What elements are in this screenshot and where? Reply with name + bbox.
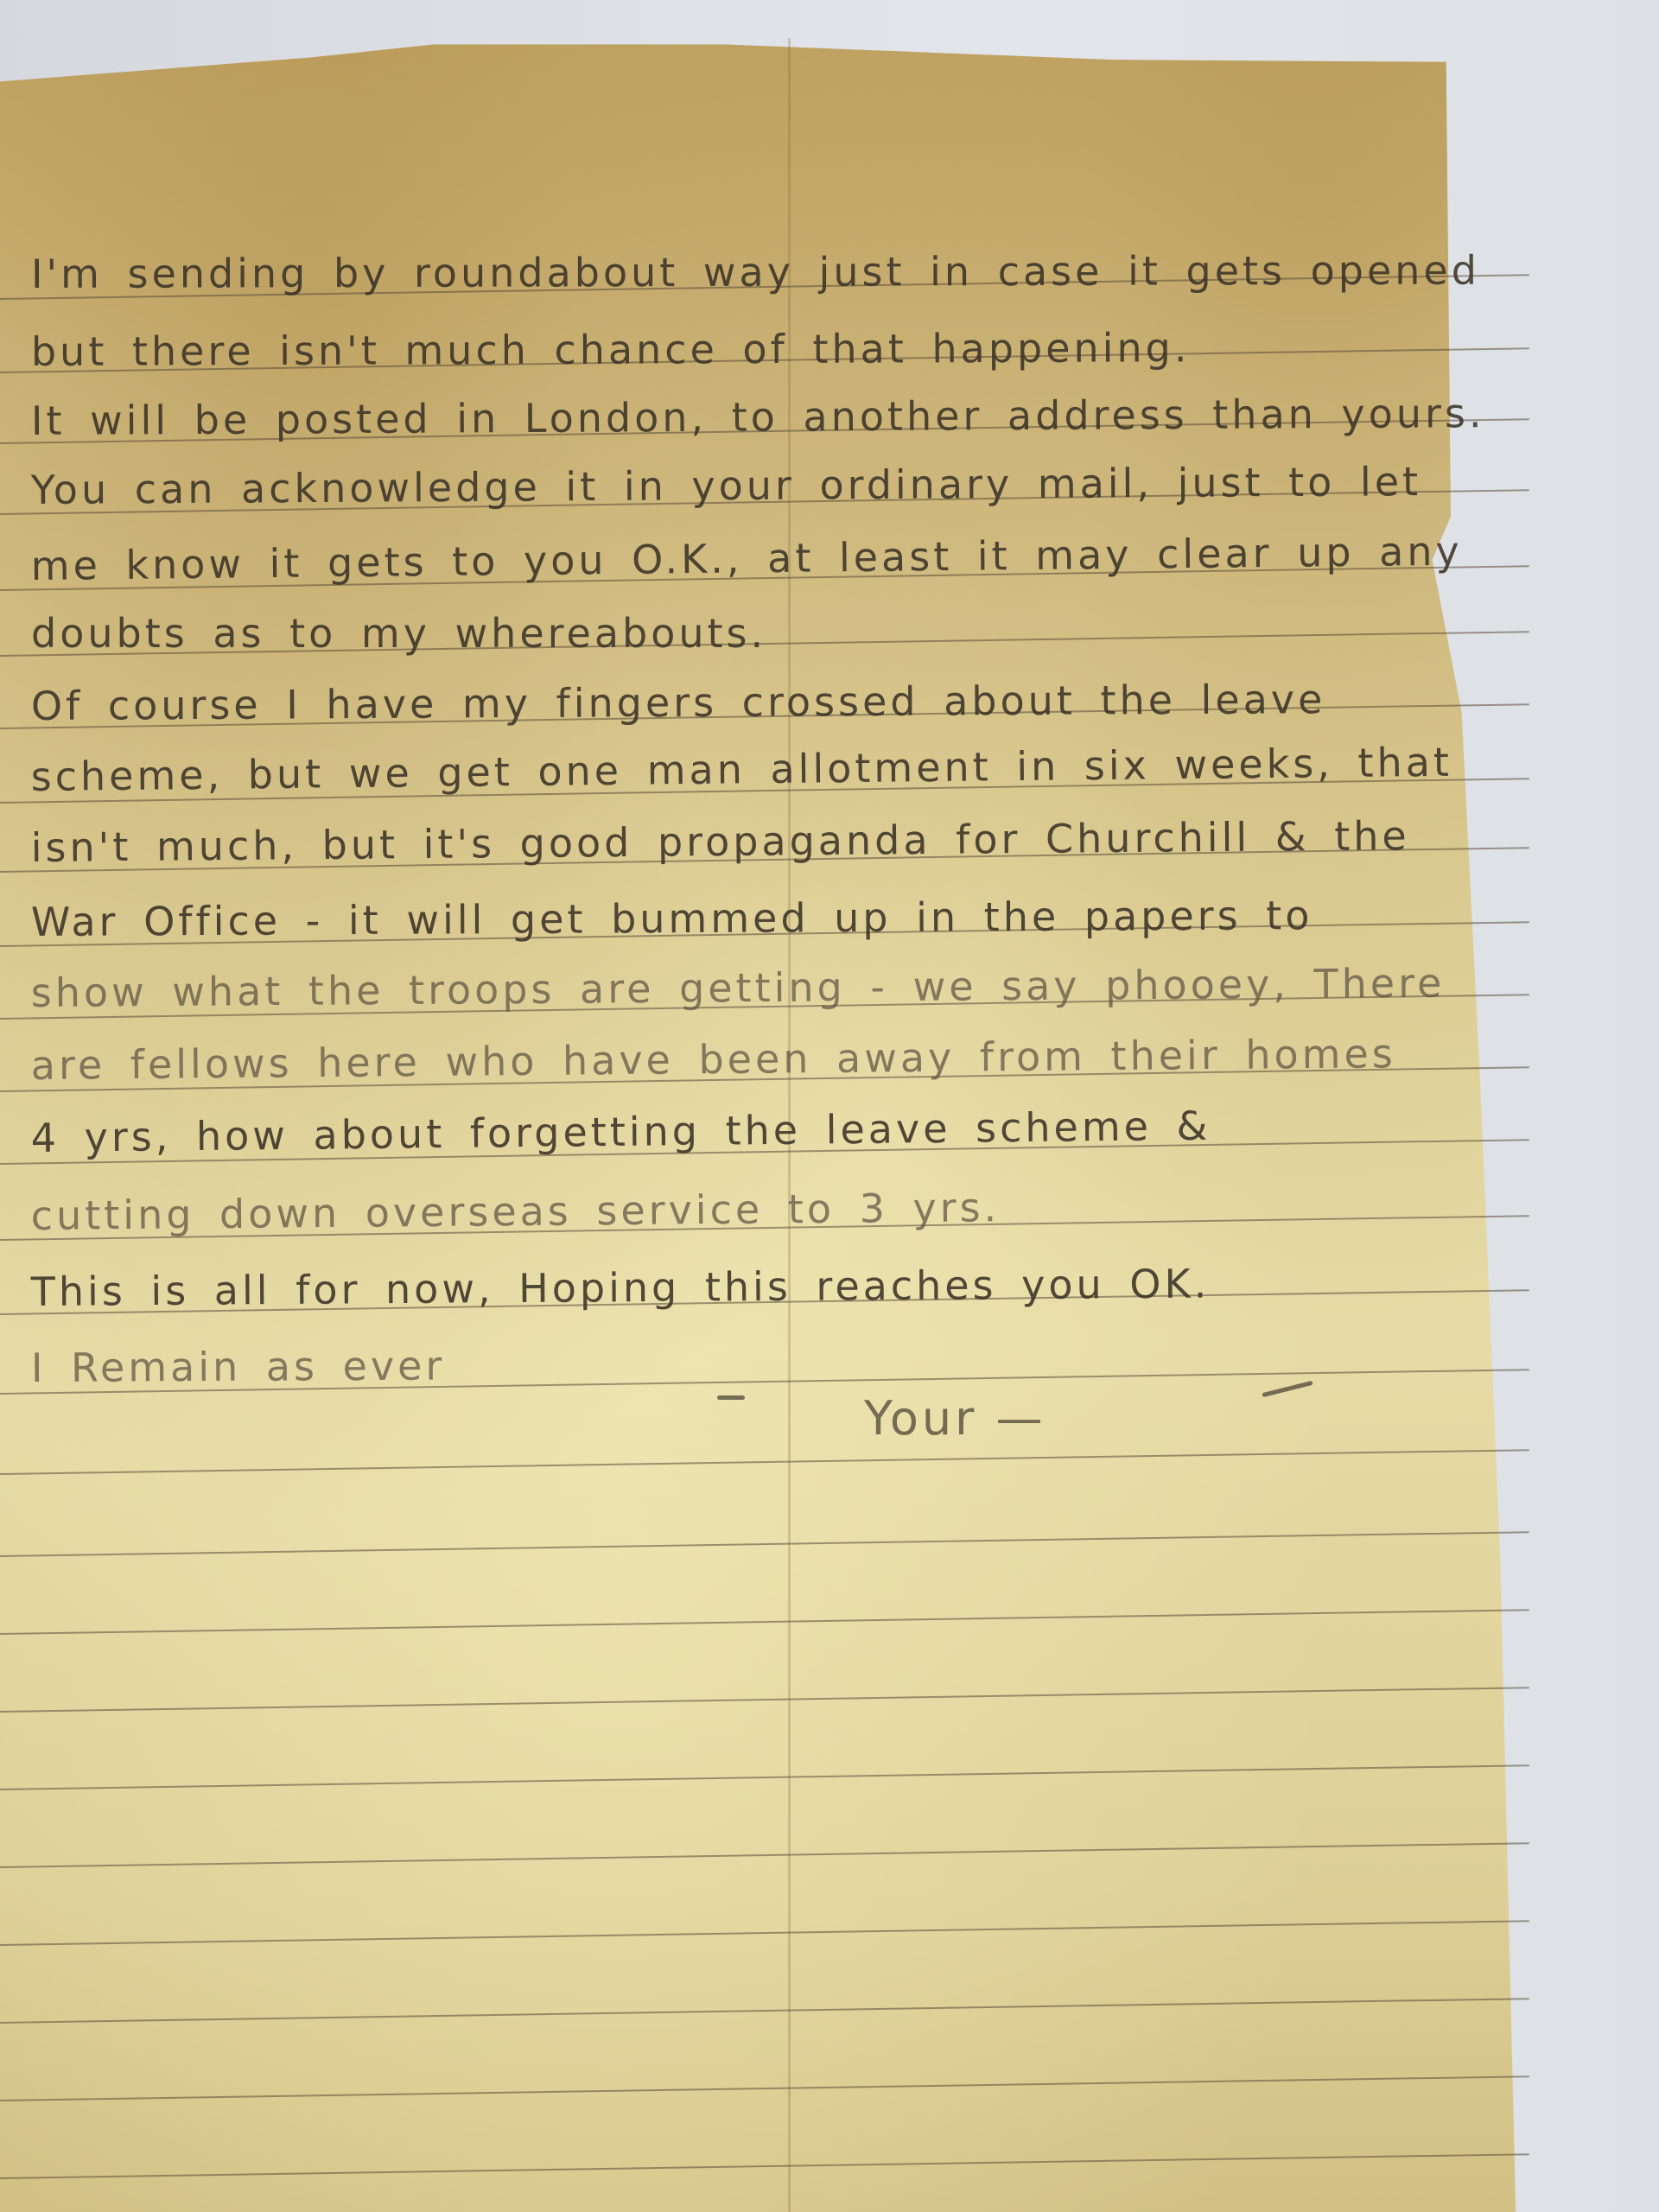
letter-line: This is all for now, Hoping this reaches…	[31, 1260, 1211, 1315]
letter-line: are fellows here who have been away from…	[31, 1030, 1396, 1089]
letter-line: me know it gets to you O.K., at least it…	[30, 528, 1463, 589]
letter-line: War Office - it will get bummed up in th…	[31, 892, 1313, 945]
closing-dash	[1262, 1381, 1313, 1397]
letter-line: I Remain as ever	[31, 1342, 446, 1391]
closing-signature: Your —	[864, 1391, 1046, 1446]
letter-line: 4 yrs, how about forgetting the leave sc…	[30, 1103, 1211, 1161]
letter-line: You can acknowledge it in your ordinary …	[31, 458, 1422, 513]
letter-body: I'm sending by roundabout way just in ca…	[0, 0, 1547, 2212]
letter-line: It will be posted in London, to another …	[31, 390, 1485, 444]
letter-line: scheme, but we get one man allotment in …	[30, 739, 1452, 800]
letter-line: but there isn't much chance of that happ…	[31, 324, 1191, 375]
letter-line: show what the troops are getting - we sa…	[31, 960, 1446, 1016]
letter-line: doubts as to my whereabouts.	[31, 610, 766, 657]
letter-line: I'm sending by roundabout way just in ca…	[31, 247, 1480, 297]
closing-dash	[717, 1395, 745, 1400]
letter-line: Of course I have my fingers crossed abou…	[31, 676, 1326, 729]
letter-line: cutting down overseas service to 3 yrs.	[31, 1184, 1001, 1239]
letter-line: isn't much, but it's good propaganda for…	[31, 812, 1410, 871]
